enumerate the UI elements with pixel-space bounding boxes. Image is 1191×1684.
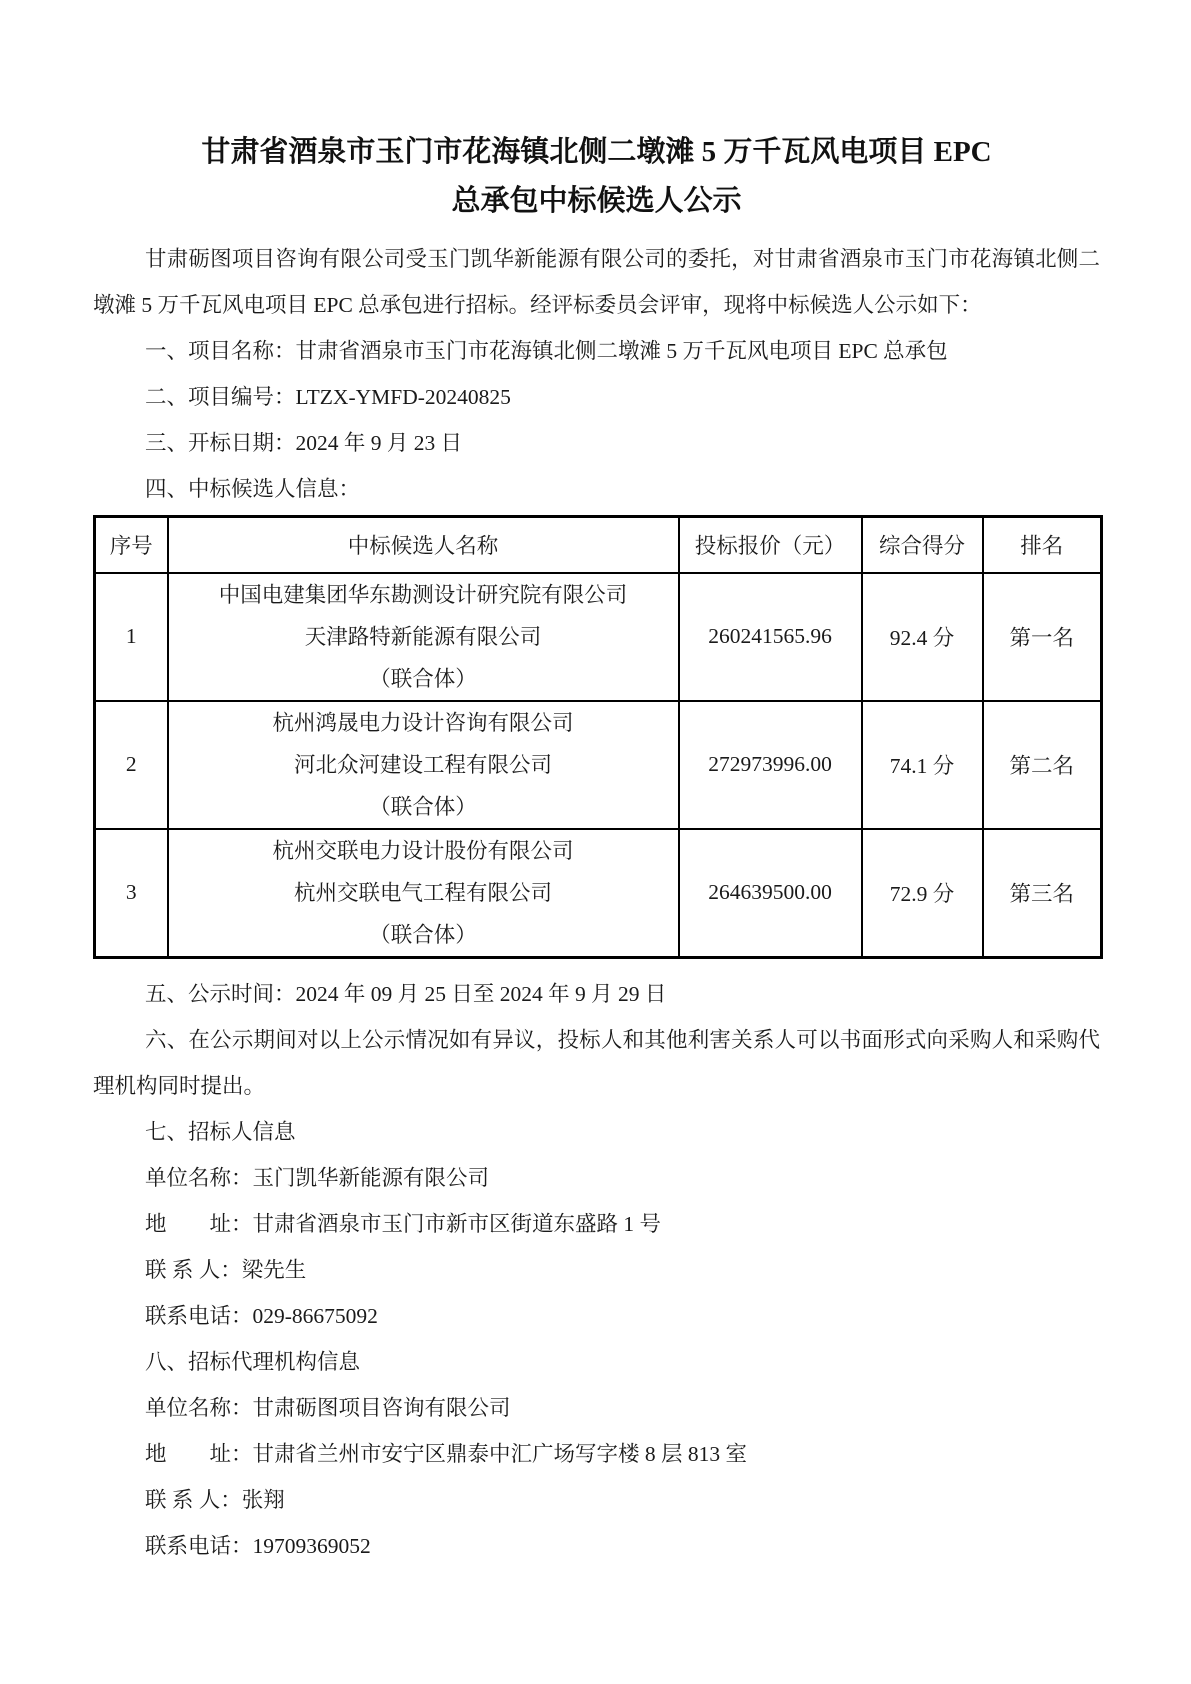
item-tenderer-heading: 七、招标人信息 bbox=[93, 1109, 1100, 1155]
col-header-candidate-name: 中标候选人名称 bbox=[168, 517, 679, 573]
candidate-name-line: 杭州鸿晟电力设计咨询有限公司 bbox=[171, 702, 676, 744]
page-title-line2: 总承包中标候选人公示 bbox=[93, 177, 1100, 226]
candidate-name-line: （联合体） bbox=[171, 786, 676, 828]
agency-address: 地 址：甘肃省兰州市安宁区鼎泰中汇广场写字楼 8 层 813 室 bbox=[93, 1431, 1100, 1477]
item-candidates-heading: 四、中标候选人信息： bbox=[93, 466, 1100, 512]
candidates-table: 序号 中标候选人名称 投标报价（元） 综合得分 排名 1 中国电建集团华东勘测设… bbox=[93, 515, 1103, 959]
candidate-name-line: （联合体） bbox=[171, 658, 676, 700]
tenderer-company-name: 单位名称：玉门凯华新能源有限公司 bbox=[93, 1155, 1100, 1201]
cell-rank: 第三名 bbox=[983, 829, 1102, 958]
tenderer-contact-person: 联 系 人：梁先生 bbox=[93, 1247, 1100, 1293]
table-header-row: 序号 中标候选人名称 投标报价（元） 综合得分 排名 bbox=[95, 517, 1102, 573]
cell-candidate-names: 杭州交联电力设计股份有限公司 杭州交联电气工程有限公司 （联合体） bbox=[168, 829, 679, 958]
page-title-line1: 甘肃省酒泉市玉门市花海镇北侧二墩滩 5 万千瓦风电项目 EPC bbox=[93, 128, 1100, 177]
col-header-rank: 排名 bbox=[983, 517, 1102, 573]
cell-candidate-names: 中国电建集团华东勘测设计研究院有限公司 天津路特新能源有限公司 （联合体） bbox=[168, 573, 679, 701]
cell-serial: 3 bbox=[95, 829, 168, 958]
item-project-number: 二、项目编号：LTZX-YMFD-20240825 bbox=[93, 374, 1100, 420]
cell-bid-price: 272973996.00 bbox=[679, 701, 862, 829]
candidate-name-line: 杭州交联电气工程有限公司 bbox=[171, 872, 676, 914]
agency-contact-person: 联 系 人：张翔 bbox=[93, 1477, 1100, 1523]
candidate-name-line: （联合体） bbox=[171, 914, 676, 956]
cell-bid-price: 264639500.00 bbox=[679, 829, 862, 958]
cell-candidate-names: 杭州鸿晟电力设计咨询有限公司 河北众河建设工程有限公司 （联合体） bbox=[168, 701, 679, 829]
item-objection-notice: 六、在公示期间对以上公示情况如有异议，投标人和其他利害关系人可以书面形式向采购人… bbox=[93, 1017, 1100, 1109]
page-title: 甘肃省酒泉市玉门市花海镇北侧二墩滩 5 万千瓦风电项目 EPC 总承包中标候选人… bbox=[93, 128, 1100, 226]
cell-score: 74.1 分 bbox=[862, 701, 983, 829]
cell-score: 92.4 分 bbox=[862, 573, 983, 701]
page-content: 甘肃省酒泉市玉门市花海镇北侧二墩滩 5 万千瓦风电项目 EPC 总承包中标候选人… bbox=[93, 128, 1100, 1569]
cell-score: 72.9 分 bbox=[862, 829, 983, 958]
col-header-score: 综合得分 bbox=[862, 517, 983, 573]
candidate-name-line: 天津路特新能源有限公司 bbox=[171, 616, 676, 658]
tenderer-contact-phone: 联系电话：029-86675092 bbox=[93, 1293, 1100, 1339]
item-bid-opening-date: 三、开标日期：2024 年 9 月 23 日 bbox=[93, 420, 1100, 466]
agency-company-name: 单位名称：甘肃砺图项目咨询有限公司 bbox=[93, 1385, 1100, 1431]
col-header-serial: 序号 bbox=[95, 517, 168, 573]
cell-bid-price: 260241565.96 bbox=[679, 573, 862, 701]
table-row: 2 杭州鸿晟电力设计咨询有限公司 河北众河建设工程有限公司 （联合体） 2729… bbox=[95, 701, 1102, 829]
cell-serial: 2 bbox=[95, 701, 168, 829]
announcement-page: 甘肃省酒泉市玉门市花海镇北侧二墩滩 5 万千瓦风电项目 EPC 总承包中标候选人… bbox=[0, 0, 1191, 1684]
cell-rank: 第二名 bbox=[983, 701, 1102, 829]
candidate-name-line: 河北众河建设工程有限公司 bbox=[171, 744, 676, 786]
col-header-bid-price: 投标报价（元） bbox=[679, 517, 862, 573]
table-row: 1 中国电建集团华东勘测设计研究院有限公司 天津路特新能源有限公司 （联合体） … bbox=[95, 573, 1102, 701]
intro-paragraph: 甘肃砺图项目咨询有限公司受玉门凯华新能源有限公司的委托，对甘肃省酒泉市玉门市花海… bbox=[93, 236, 1100, 328]
candidate-name-line: 中国电建集团华东勘测设计研究院有限公司 bbox=[171, 574, 676, 616]
item-project-name: 一、项目名称：甘肃省酒泉市玉门市花海镇北侧二墩滩 5 万千瓦风电项目 EPC 总… bbox=[93, 328, 1100, 374]
cell-serial: 1 bbox=[95, 573, 168, 701]
cell-rank: 第一名 bbox=[983, 573, 1102, 701]
table-row: 3 杭州交联电力设计股份有限公司 杭州交联电气工程有限公司 （联合体） 2646… bbox=[95, 829, 1102, 958]
tenderer-address: 地 址：甘肃省酒泉市玉门市新市区街道东盛路 1 号 bbox=[93, 1201, 1100, 1247]
agency-contact-phone: 联系电话：19709369052 bbox=[93, 1523, 1100, 1569]
item-publicity-period: 五、公示时间：2024 年 09 月 25 日至 2024 年 9 月 29 日 bbox=[93, 971, 1100, 1017]
item-agency-heading: 八、招标代理机构信息 bbox=[93, 1339, 1100, 1385]
candidate-name-line: 杭州交联电力设计股份有限公司 bbox=[171, 830, 676, 872]
